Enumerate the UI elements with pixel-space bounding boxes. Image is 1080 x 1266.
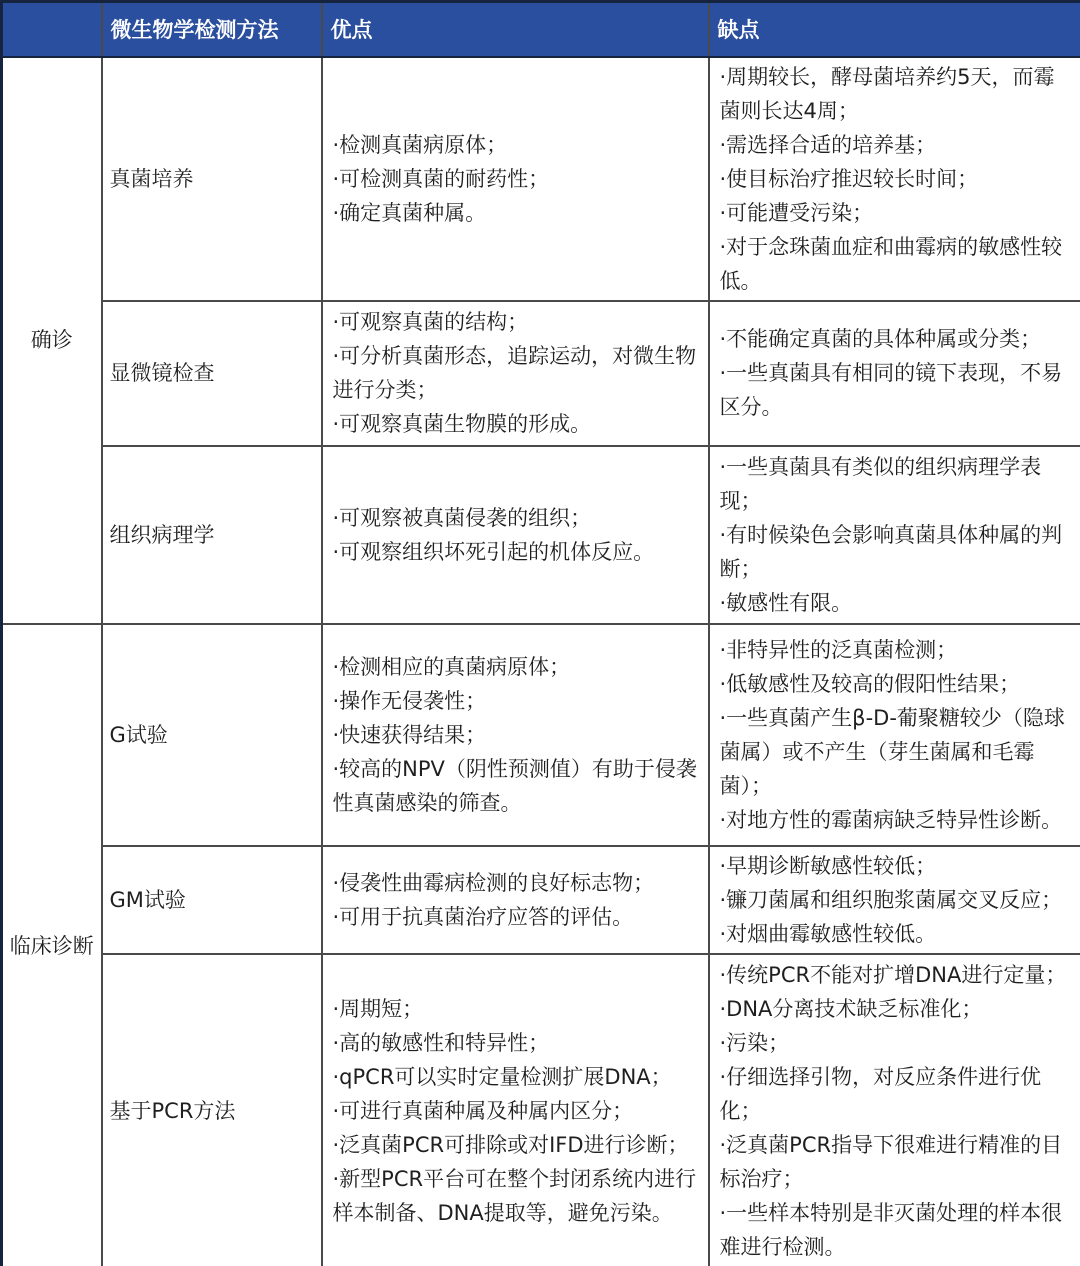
header-cell-cons: 缺点 [709, 2, 1080, 57]
bullet-item: ·侵袭性曲霉病检测的良好标志物； [333, 866, 698, 900]
method-cell-gm-test: GM试验 [102, 846, 322, 954]
bullet-item: ·检测相应的真菌病原体； [333, 650, 698, 684]
bullet-item: ·可观察真菌的结构； [333, 305, 698, 339]
bullet-item: ·一些真菌产生β-D-葡聚糖较少（隐球菌属）或不产生（芽生菌属和毛霉菌）； [720, 701, 1071, 803]
header-cell-pros: 优点 [322, 2, 709, 57]
header-row: 微生物学检测方法 优点 缺点 [2, 2, 1080, 57]
bullet-item: ·早期诊断敏感性较低； [720, 849, 1071, 883]
bullet-item: ·使目标治疗推迟较长时间； [720, 162, 1071, 196]
table-row-pcr-based: 基于PCR方法 ·周期短；·高的敏感性和特异性；·qPCR可以实时定量检测扩展D… [2, 954, 1080, 1266]
table-row-g-test: 临床诊断 G试验 ·检测相应的真菌病原体；·操作无侵袭性；·快速获得结果；·较高… [2, 624, 1080, 846]
bullet-item: ·周期短； [333, 992, 698, 1026]
bullet-item: ·仔细选择引物，对反应条件进行优化； [720, 1060, 1071, 1128]
bullet-item: ·对于念珠菌血症和曲霉病的敏感性较低。 [720, 230, 1071, 298]
method-cell-pcr-based: 基于PCR方法 [102, 954, 322, 1266]
pros-cell-fungal-culture: ·检测真菌病原体；·可检测真菌的耐药性；·确定真菌种属。 [322, 57, 709, 301]
bullet-item: ·可观察真菌生物膜的形成。 [333, 407, 698, 441]
diagnostic-methods-table: 微生物学检测方法 优点 缺点 确诊 真菌培养 ·检测真菌病原体；·可检测真菌的耐… [0, 0, 1080, 1266]
pros-cell-pcr-based: ·周期短；·高的敏感性和特异性；·qPCR可以实时定量检测扩展DNA；·可进行真… [322, 954, 709, 1266]
pros-cell-microscopy: ·可观察真菌的结构；·可分析真菌形态，追踪运动，对微生物进行分类；·可观察真菌生… [322, 301, 709, 446]
bullet-item: ·可进行真菌种属及种属内区分； [333, 1094, 698, 1128]
bullet-item: ·可用于抗真菌治疗应答的评估。 [333, 900, 698, 934]
cons-cell-g-test: ·非特异性的泛真菌检测；·低敏感性及较高的假阳性结果；·一些真菌产生β-D-葡聚… [709, 624, 1080, 846]
header-cell-method: 微生物学检测方法 [102, 2, 322, 57]
bullet-item: ·一些真菌具有相同的镜下表现，不易区分。 [720, 356, 1071, 424]
header-cell-group-empty [2, 2, 102, 57]
table-row-microscopy: 显微镜检查 ·可观察真菌的结构；·可分析真菌形态，追踪运动，对微生物进行分类；·… [2, 301, 1080, 446]
bullet-item: ·较高的NPV（阴性预测值）有助于侵袭性真菌感染的筛查。 [333, 752, 698, 820]
bullet-item: ·有时候染色会影响真菌具体种属的判断； [720, 518, 1071, 586]
bullet-item: ·检测真菌病原体； [333, 128, 698, 162]
bullet-item: ·低敏感性及较高的假阳性结果； [720, 667, 1071, 701]
group-cell-clinical-diagnosis: 临床诊断 [2, 624, 102, 1266]
bullet-item: ·传统PCR不能对扩增DNA进行定量； [720, 958, 1071, 992]
table-row-gm-test: GM试验 ·侵袭性曲霉病检测的良好标志物；·可用于抗真菌治疗应答的评估。 ·早期… [2, 846, 1080, 954]
bullet-item: ·周期较长，酵母菌培养约5天，而霉菌则长达4周； [720, 60, 1071, 128]
cons-cell-gm-test: ·早期诊断敏感性较低；·镰刀菌属和组织胞浆菌属交叉反应；·对烟曲霉敏感性较低。 [709, 846, 1080, 954]
bullet-item: ·高的敏感性和特异性； [333, 1026, 698, 1060]
bullet-item: ·qPCR可以实时定量检测扩展DNA； [333, 1060, 698, 1094]
method-cell-histopathology: 组织病理学 [102, 446, 322, 624]
bullet-item: ·可观察被真菌侵袭的组织； [333, 501, 698, 535]
bullet-item: ·泛真菌PCR可排除或对IFD进行诊断； [333, 1128, 698, 1162]
bullet-item: ·操作无侵袭性； [333, 684, 698, 718]
cons-cell-pcr-based: ·传统PCR不能对扩增DNA进行定量；·DNA分离技术缺乏标准化；·污染；·仔细… [709, 954, 1080, 1266]
method-cell-microscopy: 显微镜检查 [102, 301, 322, 446]
page: 微生物学检测方法 优点 缺点 确诊 真菌培养 ·检测真菌病原体；·可检测真菌的耐… [0, 0, 1080, 1266]
bullet-item: ·可观察组织坏死引起的机体反应。 [333, 535, 698, 569]
bullet-item: ·不能确定真菌的具体种属或分类； [720, 322, 1071, 356]
bullet-item: ·敏感性有限。 [720, 586, 1071, 620]
bullet-item: ·可分析真菌形态，追踪运动，对微生物进行分类； [333, 339, 698, 407]
bullet-item: ·需选择合适的培养基； [720, 128, 1071, 162]
bullet-item: ·污染； [720, 1026, 1071, 1060]
bullet-item: ·对烟曲霉敏感性较低。 [720, 917, 1071, 951]
bullet-item: ·可检测真菌的耐药性； [333, 162, 698, 196]
bullet-item: ·镰刀菌属和组织胞浆菌属交叉反应； [720, 883, 1071, 917]
table-row-histopathology: 组织病理学 ·可观察被真菌侵袭的组织；·可观察组织坏死引起的机体反应。 ·一些真… [2, 446, 1080, 624]
pros-cell-gm-test: ·侵袭性曲霉病检测的良好标志物；·可用于抗真菌治疗应答的评估。 [322, 846, 709, 954]
pros-cell-histopathology: ·可观察被真菌侵袭的组织；·可观察组织坏死引起的机体反应。 [322, 446, 709, 624]
cons-cell-fungal-culture: ·周期较长，酵母菌培养约5天，而霉菌则长达4周；·需选择合适的培养基；·使目标治… [709, 57, 1080, 301]
bullet-item: ·可能遭受污染； [720, 196, 1071, 230]
bullet-item: ·泛真菌PCR指导下很难进行精准的目标治疗； [720, 1128, 1071, 1196]
bullet-item: ·新型PCR平台可在整个封闭系统内进行样本制备、DNA提取等，避免污染。 [333, 1162, 698, 1230]
bullet-item: ·一些样本特别是非灭菌处理的样本很难进行检测。 [720, 1196, 1071, 1264]
bullet-item: ·非特异性的泛真菌检测； [720, 633, 1071, 667]
method-cell-g-test: G试验 [102, 624, 322, 846]
cons-cell-microscopy: ·不能确定真菌的具体种属或分类；·一些真菌具有相同的镜下表现，不易区分。 [709, 301, 1080, 446]
bullet-item: ·对地方性的霉菌病缺乏特异性诊断。 [720, 803, 1071, 837]
bullet-item: ·一些真菌具有类似的组织病理学表现； [720, 450, 1071, 518]
group-cell-confirmed-diagnosis: 确诊 [2, 57, 102, 624]
table-row-fungal-culture: 确诊 真菌培养 ·检测真菌病原体；·可检测真菌的耐药性；·确定真菌种属。 ·周期… [2, 57, 1080, 301]
cons-cell-histopathology: ·一些真菌具有类似的组织病理学表现；·有时候染色会影响真菌具体种属的判断；·敏感… [709, 446, 1080, 624]
pros-cell-g-test: ·检测相应的真菌病原体；·操作无侵袭性；·快速获得结果；·较高的NPV（阴性预测… [322, 624, 709, 846]
bullet-item: ·DNA分离技术缺乏标准化； [720, 992, 1071, 1026]
bullet-item: ·确定真菌种属。 [333, 196, 698, 230]
bullet-item: ·快速获得结果； [333, 718, 698, 752]
method-cell-fungal-culture: 真菌培养 [102, 57, 322, 301]
